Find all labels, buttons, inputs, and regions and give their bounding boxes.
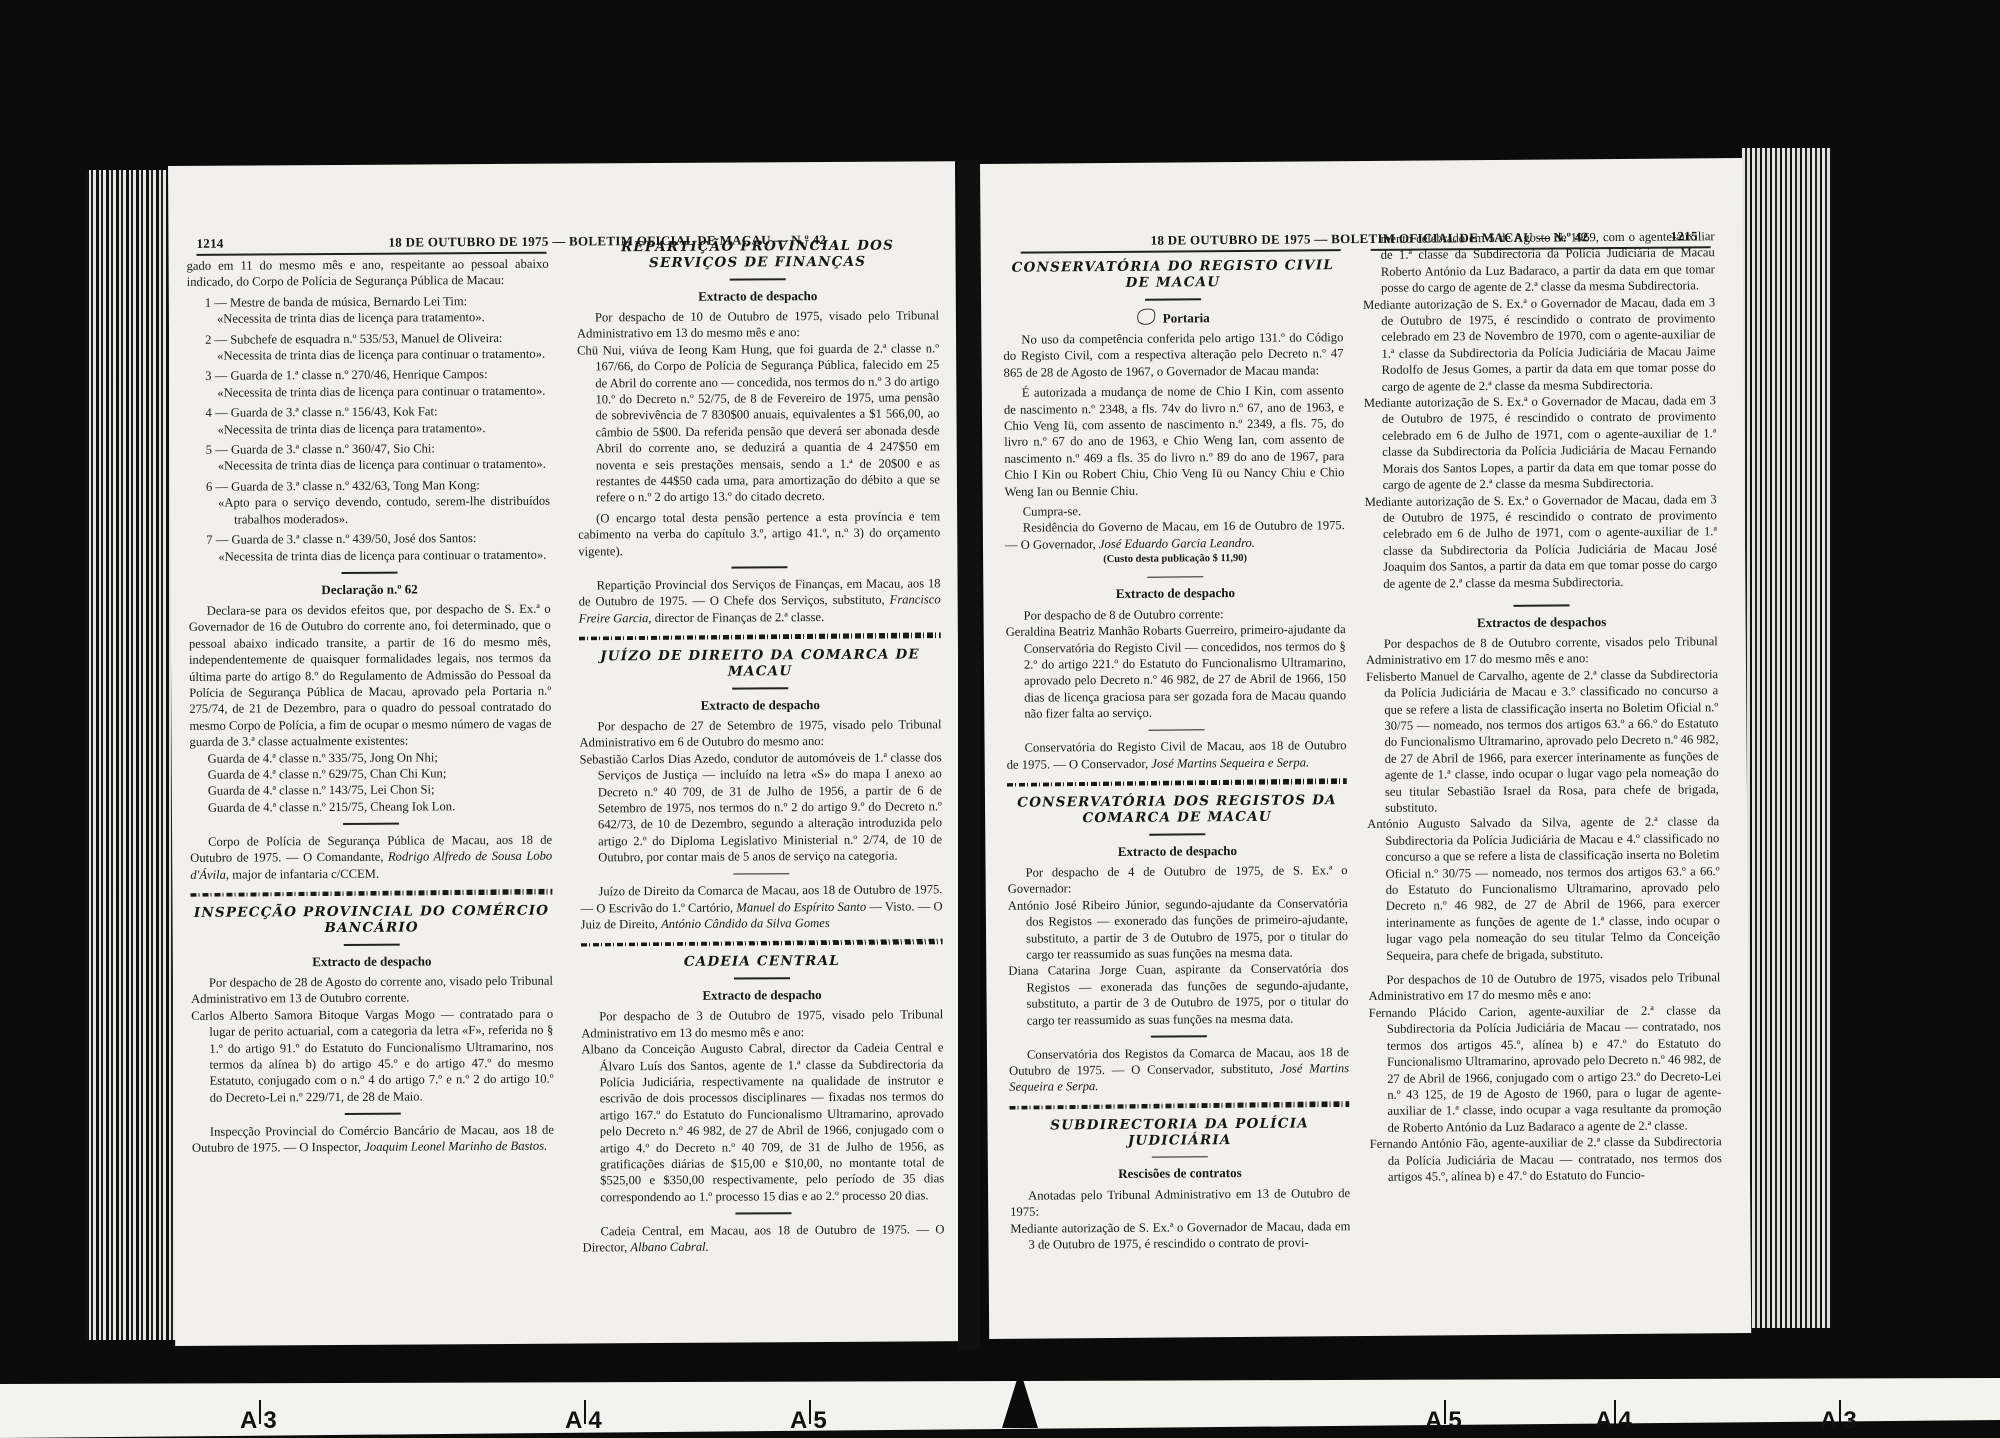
film-margin-strip (0, 1378, 2000, 1438)
section-subtitle: Extracto de despacho (579, 696, 941, 715)
intro-text: gado em 11 do mesmo mês e ano, respeitan… (187, 256, 549, 291)
left-page-stack-edge (86, 170, 176, 1340)
section-title: Inspecção Provincial do Comércio Bancári… (191, 903, 553, 937)
section-title: Juízo de Direito da Comarca de Macau (579, 646, 941, 680)
divider (735, 1212, 791, 1214)
frame-marker: A3 (1820, 1400, 1857, 1435)
divider (344, 944, 400, 946)
divider (731, 566, 787, 568)
list-item-note: «Necessita de trinta dias de licença par… (187, 346, 549, 365)
film-notch (1002, 1370, 1038, 1428)
portaria-lead: No uso da competência conferida pelo art… (1003, 329, 1343, 381)
despacho-lead: Por despachos de 10 de Outubro de 1975, … (1368, 969, 1720, 1005)
list-item-note: «Necessita de trinta dias de licença par… (187, 383, 549, 402)
section-separator (1007, 778, 1347, 787)
list-item: Mediante autorização de S. Ex.ª o Govern… (1365, 491, 1718, 592)
declaracao-heading: Declaração n.º 62 (189, 580, 551, 599)
section-subtitle: Extracto de despacho (581, 986, 943, 1005)
despacho-lead: Por despacho de 10 de Outubro de 1975, v… (577, 307, 939, 342)
section-subtitle: Extractos de despachos (1366, 613, 1718, 632)
section-separator (1009, 1101, 1349, 1110)
divider (345, 1113, 401, 1115)
right-page-column-2: mento celebrado em 5 de Agosto de 1969, … (1363, 228, 1722, 1185)
frame-marker: A5 (1425, 1400, 1462, 1435)
section-separator (579, 632, 941, 640)
continuation-text: mento celebrado em 5 de Agosto de 1969, … (1363, 228, 1716, 296)
closing-text: Repartição Provincial dos Serviços de Fi… (579, 575, 941, 626)
section-subtitle: Extracto de despacho (1007, 842, 1347, 861)
frame-marker: A4 (1595, 1400, 1632, 1435)
section-title: Subdirectoria da Polícia Judiciária (1009, 1115, 1349, 1150)
divider (732, 687, 788, 689)
section-subtitle: Extracto de despacho (577, 287, 939, 306)
divider (1147, 576, 1203, 578)
encargo-note: (O encargo total desta pensão pertence a… (578, 508, 940, 559)
right-page: 18 DE OUTUBRO DE 1975 — BOLETIM OFICIAL … (980, 158, 1751, 1339)
section-title: Repartição Provincial dos Serviços de Fi… (576, 237, 938, 271)
list-item: Fernando António Fão, agente-auxiliar de… (1370, 1133, 1722, 1185)
list-item: Mediante autorização de S. Ex.ª o Govern… (1364, 392, 1717, 493)
divider (1152, 1156, 1208, 1158)
publication-cost: (Custo desta publicação $ 11,90) (1005, 550, 1345, 569)
section-separator (190, 889, 552, 897)
divider (1513, 604, 1569, 606)
list-item: Mediante autorização de S. Ex.ª o Govern… (1363, 294, 1716, 395)
section-subtitle: Extracto de despacho (191, 952, 553, 971)
section-title: Conservatória dos Registos da Comarca de… (1007, 792, 1347, 827)
section-subtitle: Rescisões de contratos (1010, 1165, 1350, 1184)
despacho-lead: Por despacho de 3 de Outubro de 1975, vi… (581, 1007, 943, 1042)
divider (341, 572, 397, 574)
divider (730, 278, 786, 280)
closing-text: Conservatória do Registo Civil de Macau,… (1007, 737, 1347, 772)
despacho-body: Geraldina Beatriz Manhão Robarts Guerrei… (1006, 621, 1347, 722)
closing-text: Cadeia Central, em Macau, aos 18 de Outu… (582, 1221, 944, 1256)
despacho-lead: Por despacho de 28 de Agosto do corrente… (191, 973, 553, 1008)
left-page-column-2: Repartição Provincial dos Serviços de Fi… (576, 231, 944, 1256)
emblem-icon (1137, 308, 1155, 324)
right-page-stack-edge (1742, 148, 1832, 1328)
list-item-note: «Necessita de trinta dias de licença par… (188, 546, 550, 565)
exoneration-list: António José Ribeiro Júnior, segundo-aju… (1008, 895, 1349, 1029)
despacho-lead: Anotadas pelo Tribunal Administrativo em… (1010, 1185, 1350, 1220)
closing-text: Corpo de Polícia de Segurança Pública de… (190, 831, 552, 882)
despacho-lead: Por despacho de 4 de Outubro de 1975, de… (1008, 862, 1348, 897)
despacho-lead: Por despacho de 27 de Setembro de 1975, … (579, 716, 941, 751)
divider (734, 978, 790, 980)
portaria-body: É autorizada a mudança de nome de Chio I… (1004, 382, 1345, 500)
divider (733, 873, 789, 875)
section-title: Cadeia Central (581, 953, 943, 971)
despacho-body: Chü Nui, viúva de Ieong Kam Hung, que fo… (577, 340, 940, 506)
left-page: 1214 18 DE OUTUBRO DE 1975 — BOLETIM OFI… (168, 161, 962, 1346)
frame-marker: A4 (565, 1400, 602, 1435)
list-item: Felisberto Manuel de Carvalho, agente de… (1366, 666, 1719, 816)
despacho-body: Sebastião Carlos Dias Azedo, condutor de… (580, 749, 943, 866)
list-item: Fernando Plácido Carion, agente-auxiliar… (1369, 1002, 1722, 1136)
list-item-note: «Necessita de trinta dias de licença par… (187, 309, 549, 328)
list-item: António Augusto Salvado da Silva, agente… (1367, 814, 1720, 964)
section-subtitle: Portaria (1003, 307, 1343, 328)
section-title: Conservatória do Registo Civil de Macau (1003, 257, 1343, 292)
contratacoes-list: Fernando Plácido Carion, agente-auxiliar… (1369, 1002, 1722, 1185)
declaracao-text: Declara-se para os devidos efeitos que, … (189, 601, 552, 751)
closing-text: Residência do Governo de Macau, em 16 de… (1005, 518, 1345, 553)
guard-entry: Guarda de 4.ª classe n.º 215/75, Cheang … (208, 797, 552, 816)
divider (1149, 833, 1205, 835)
frame-marker: A5 (790, 1400, 827, 1435)
divider (1145, 298, 1201, 300)
section-separator (581, 939, 943, 947)
list-item-note: «Necessita de trinta dias de licença par… (188, 456, 550, 475)
rescisoes-list: Mediante autorização de S. Ex.ª o Govern… (1363, 294, 1717, 592)
section-subtitle: Extracto de despacho (1005, 584, 1345, 603)
left-page-column-1: gado em 11 do mesmo mês e ano, respeitan… (187, 256, 554, 1157)
divider (1148, 729, 1204, 731)
list-item-note: «Apto para o serviço devendo, contudo, s… (188, 493, 550, 528)
despacho-body: Albano da Conceição Augusto Cabral, dire… (581, 1039, 944, 1205)
page-number: 1214 (196, 236, 223, 252)
closing-text: Juízo de Direito da Comarca de Macau, ao… (580, 881, 942, 932)
divider (1151, 1035, 1207, 1037)
despacho-body: Mediante autorização de S. Ex.ª o Govern… (1010, 1218, 1350, 1253)
despacho-lead: Por despachos de 8 de Outubro corrente, … (1366, 633, 1718, 669)
right-page-column-1: Conservatória do Registo Civil de Macau … (1003, 251, 1351, 1253)
list-item-note: «Necessita de trinta dias de licença par… (188, 419, 550, 438)
list-item: António José Ribeiro Júnior, segundo-aju… (1008, 895, 1349, 963)
closing-text: Conservatória dos Registos da Comarca de… (1009, 1044, 1349, 1096)
divider (343, 823, 399, 825)
despacho-body: Carlos Alberto Samora Bitoque Vargas Mog… (191, 1005, 554, 1106)
list-item: Diana Catarina Jorge Cuan, aspirante da … (1008, 961, 1349, 1029)
closing-text: Inspecção Provincial do Comércio Bancári… (192, 1122, 554, 1157)
medical-items-list: 1 — Mestre de banda de música, Bernardo … (187, 292, 551, 564)
frame-marker: A3 (240, 1400, 277, 1435)
nomeacoes-list: Felisberto Manuel de Carvalho, agente de… (1366, 666, 1720, 964)
book-gutter (958, 160, 980, 1350)
guards-list: Guarda de 4.ª classe n.º 335/75, Jong On… (190, 748, 552, 816)
